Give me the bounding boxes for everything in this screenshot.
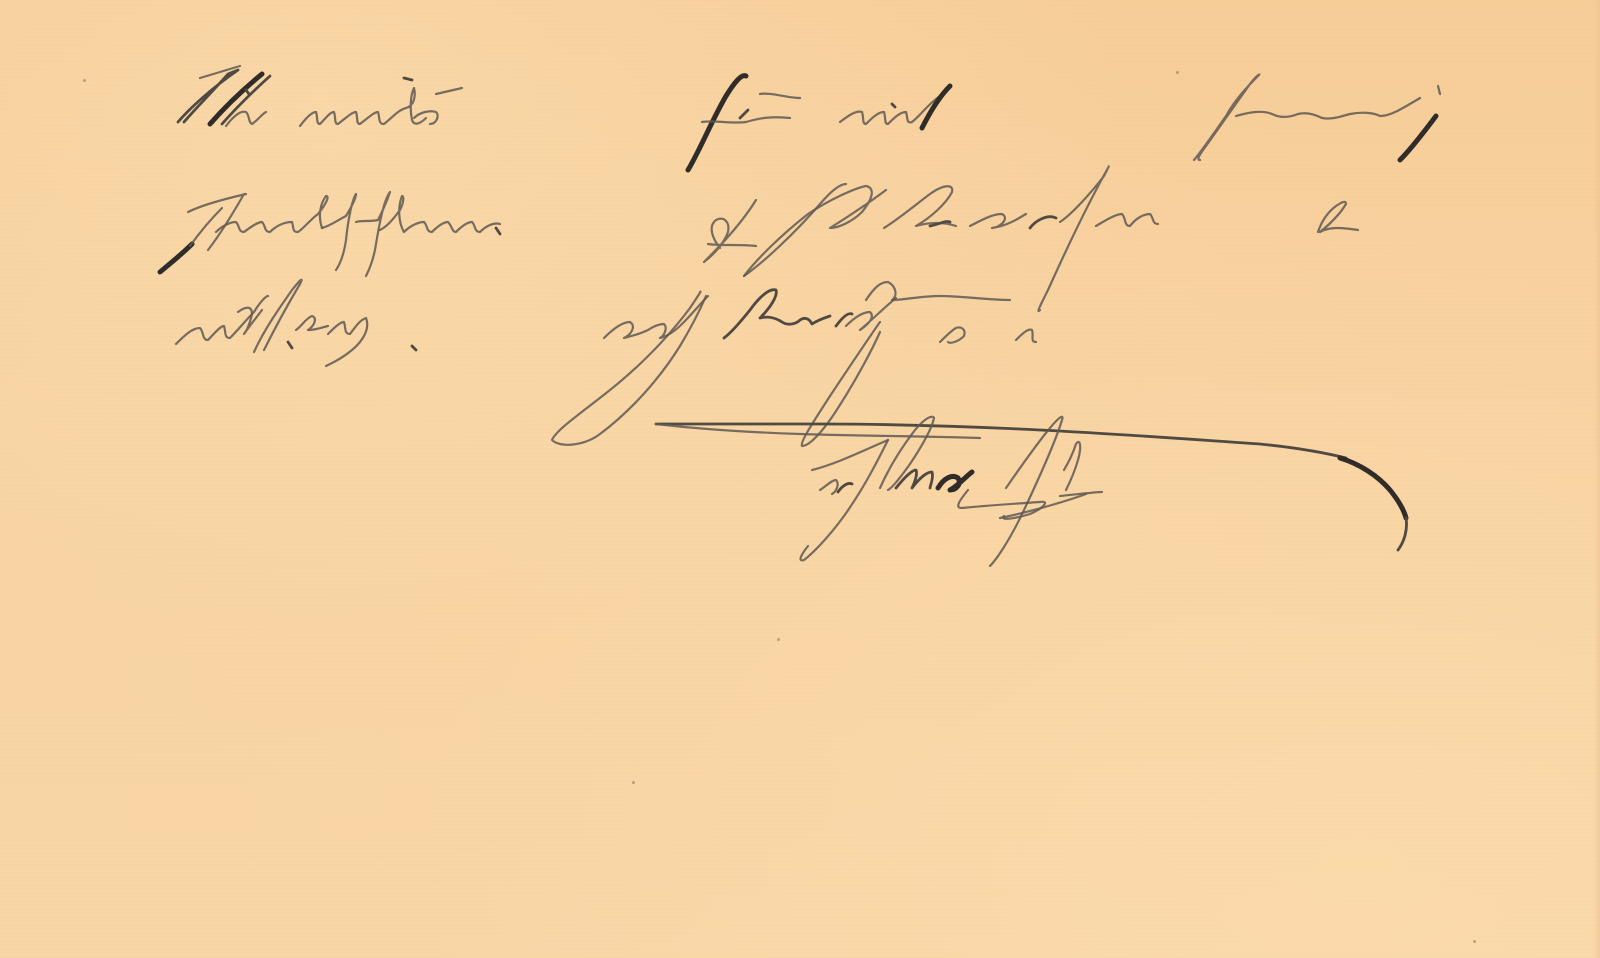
handwritten-line-2-strokes (160, 166, 1358, 311)
handwritten-line-3-strokes (176, 280, 1036, 446)
paper-card: Wir wünschen Ihnen mit ganz Freundschaft… (0, 0, 1600, 958)
handwriting-ink (0, 0, 1600, 958)
signature-strokes (656, 417, 1407, 566)
handwritten-line-1-strokes (178, 66, 1440, 170)
